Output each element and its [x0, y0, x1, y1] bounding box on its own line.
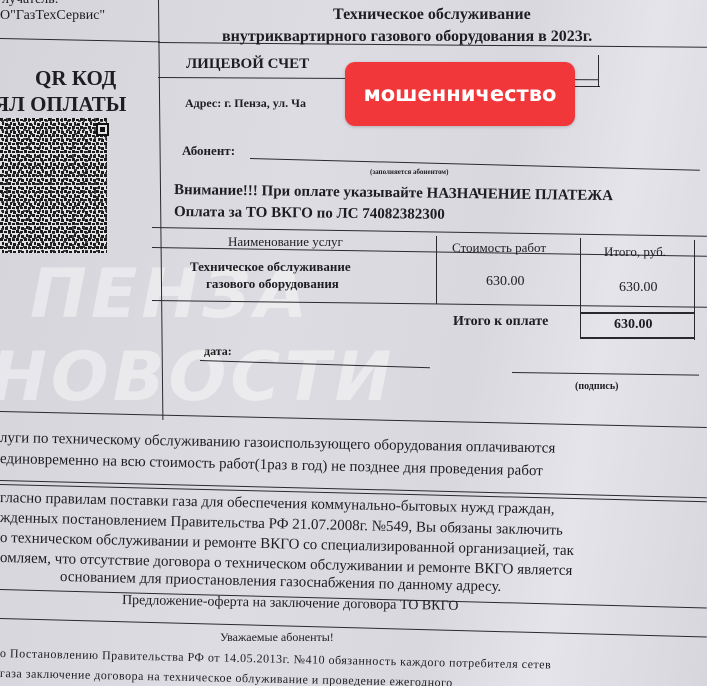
table-border [580, 312, 695, 314]
subscriber-label: Абонент: [182, 143, 235, 159]
recipient-label: лучатель: [2, 0, 58, 8]
divider [0, 38, 160, 42]
fraud-warning-badge: мошенничество [345, 62, 575, 126]
table-border [694, 240, 695, 340]
offer-title: Предложение-оферта на заключение договор… [122, 593, 459, 615]
invoice-document: ПЕНЗА НОВОСТИ лучатель: О"ГазТехСервис" … [0, 0, 707, 686]
total-label: Итого к оплате [453, 314, 548, 330]
service-total: 630.00 [619, 280, 658, 296]
service-name-line1: Техническое обслуживание [190, 259, 351, 275]
signature-input-line[interactable] [512, 372, 699, 376]
subscriber-input-line[interactable] [250, 158, 700, 171]
account-label: ЛИЦЕВОЙ СЧЕТ [186, 56, 309, 73]
table-border [580, 238, 581, 338]
notice-line2: Оплата за ТО ВКГО по ЛС 74082382300 [174, 204, 445, 224]
address-label: Адрес: г. Пенза, ул. Ча [185, 96, 306, 111]
title-line1: Техническое обслуживание [333, 6, 531, 24]
header-total: Итого, руб. [604, 244, 666, 260]
date-label: дата: [204, 344, 232, 359]
divider [598, 55, 599, 87]
service-name-line2: газового оборудования [206, 276, 339, 292]
title-line2: внутриквартирного газового оборудования … [222, 28, 592, 46]
header-cost: Стоимость работ [452, 240, 546, 256]
qr-label-line2: ЯЛ ОПЛАТЫ [0, 92, 126, 117]
header-service: Наименование услуг [228, 234, 343, 250]
subscriber-hint: (заполняется абонентом) [370, 168, 448, 176]
service-cost: 630.00 [486, 274, 525, 290]
table-border [580, 337, 695, 339]
signature-label: (подпись) [575, 381, 618, 392]
qr-label-line1: QR КОД [35, 66, 116, 91]
notice-line1: Внимание!!! При оплате указывайте НАЗНАЧ… [174, 182, 613, 205]
table-border [436, 236, 437, 304]
qr-code-icon [0, 118, 110, 258]
total-value: 630.00 [614, 317, 653, 333]
divider [0, 618, 707, 638]
watermark-novosti: НОВОСТИ [0, 338, 396, 417]
recipient-name: О"ГазТехСервис" [0, 8, 105, 24]
greeting: Уважаемые абоненты! [220, 630, 334, 645]
